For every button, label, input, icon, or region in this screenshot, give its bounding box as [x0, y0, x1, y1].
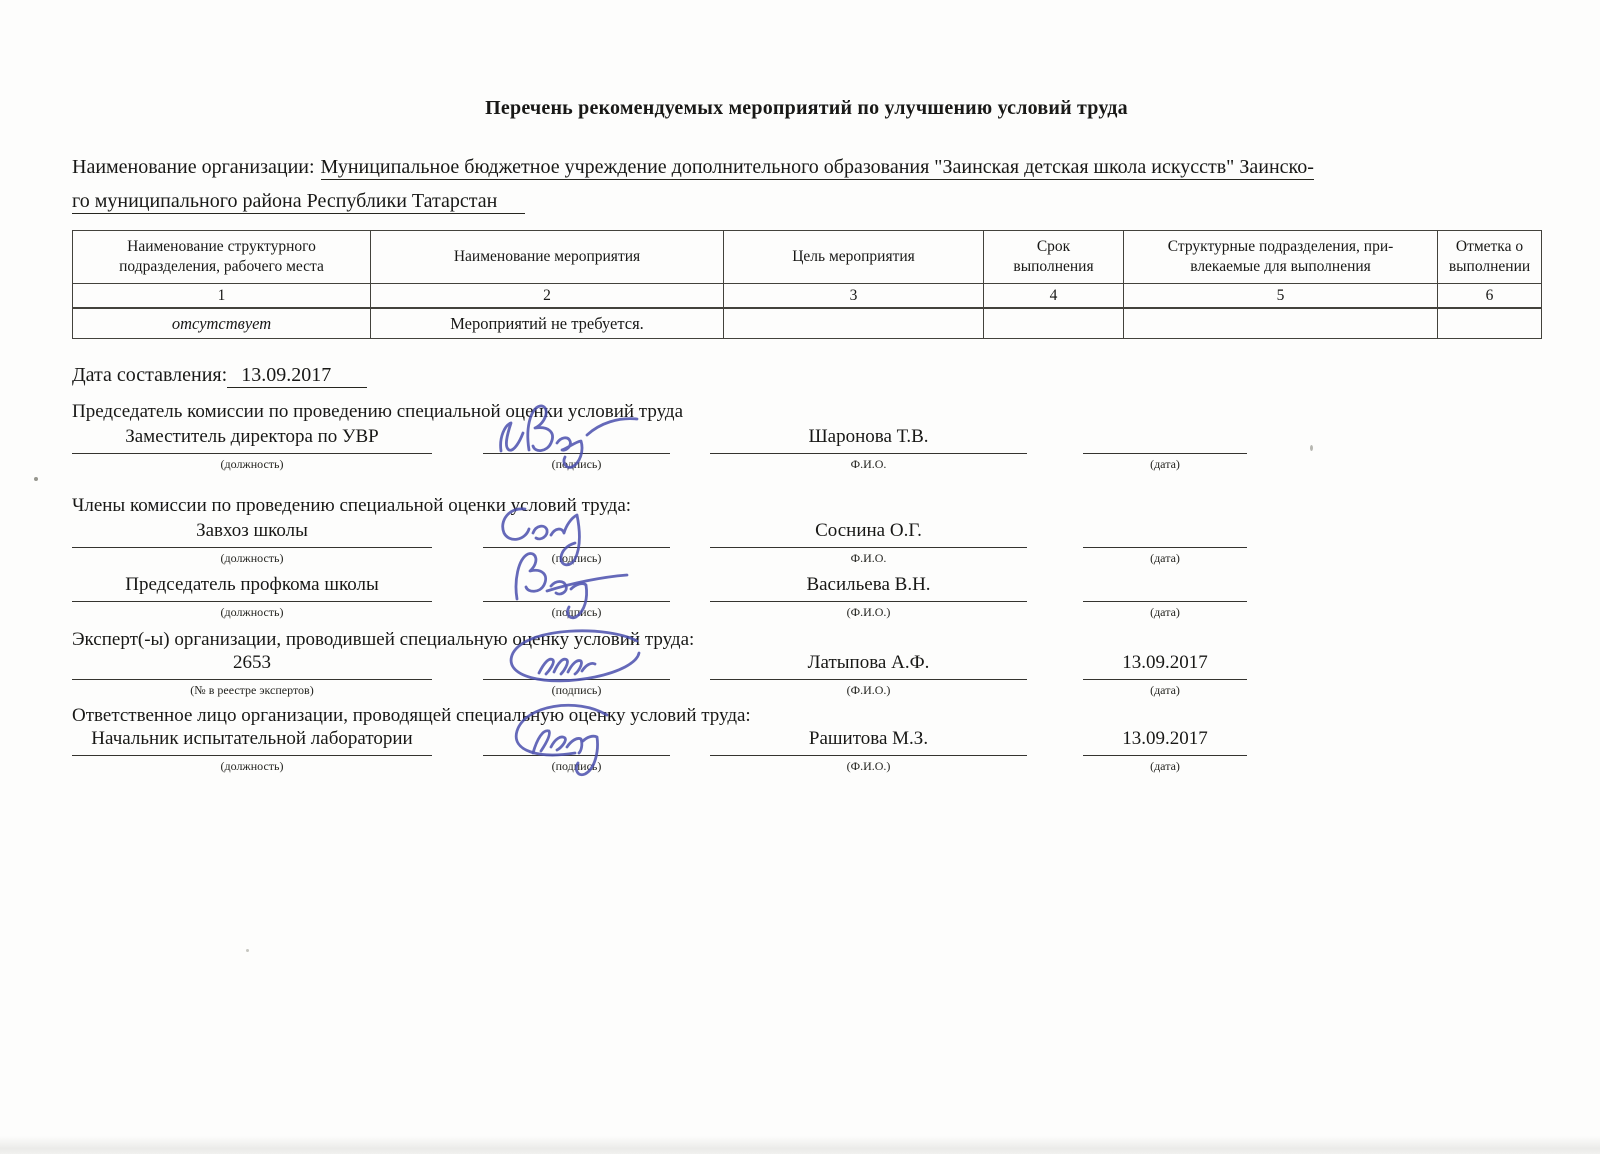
- date-caption: (дата): [1083, 454, 1247, 471]
- signature-line: [483, 727, 670, 756]
- header-deadline: Сроквыполнения: [984, 231, 1124, 284]
- role-caption: (№ в реестре экспертов): [72, 680, 432, 697]
- date-caption: (дата): [1083, 548, 1247, 565]
- signatory-role: Председатель профкома школы: [72, 573, 432, 602]
- column-number: 2: [371, 284, 724, 309]
- column-number: 5: [1124, 284, 1438, 309]
- signatory-name: Васильева В.Н.: [710, 573, 1027, 602]
- signature-line: [483, 573, 670, 602]
- header-involved-units: Структурные подразделения, при-влекаемые…: [1124, 231, 1438, 284]
- header-structural-unit: Наименование структурногоподразделения, …: [73, 231, 371, 284]
- scan-edge-shadow: [0, 1136, 1600, 1154]
- column-number: 1: [73, 284, 371, 309]
- cell-structural-unit: отсутствует: [73, 308, 371, 339]
- name-caption: (Ф.И.О.): [710, 602, 1027, 619]
- column-number: 6: [1438, 284, 1542, 309]
- cell-completion-mark: [1438, 308, 1542, 339]
- organization-label: Наименование организации:: [72, 156, 321, 178]
- cell-deadline: [984, 308, 1124, 339]
- column-number: 3: [724, 284, 984, 309]
- compilation-date-value: 13.09.2017: [227, 364, 367, 388]
- sign-caption: (подпись): [483, 602, 670, 619]
- cell-measure-name: Мероприятий не требуется.: [371, 308, 724, 339]
- name-caption: Ф.И.О.: [710, 454, 1027, 471]
- role-caption: (должность): [72, 756, 432, 773]
- cell-measure-goal: [724, 308, 984, 339]
- sign-caption: (подпись): [483, 756, 670, 773]
- section-chairman-heading: Председатель комиссии по проведению спец…: [72, 401, 1541, 423]
- signature-line: [483, 425, 670, 454]
- signatory-role: Начальник испытательной лаборатории: [72, 727, 432, 756]
- role-caption: (должность): [72, 454, 432, 471]
- role-caption: (должность): [72, 602, 432, 619]
- name-caption: Ф.И.О.: [710, 548, 1027, 565]
- header-completion-mark: Отметка овыполнении: [1438, 231, 1542, 284]
- compilation-date-line: Дата составления:13.09.2017: [72, 364, 1541, 387]
- scanned-document-page: Перечень рекомендуемых мероприятий по ул…: [0, 0, 1600, 1154]
- document-content: Перечень рекомендуемых мероприятий по ул…: [72, 0, 1541, 773]
- signature-row-expert: 2653(№ в реестре экспертов) (подпись) Ла…: [72, 651, 1541, 697]
- role-caption: (должность): [72, 548, 432, 565]
- organization-block: Наименование организации:Муниципальное б…: [72, 150, 1541, 218]
- table-header-row: Наименование структурногоподразделения, …: [73, 231, 1542, 284]
- signature-date: 13.09.2017: [1083, 651, 1247, 680]
- signature-line: [483, 651, 670, 680]
- expert-registry-number: 2653: [72, 651, 432, 680]
- date-caption: (дата): [1083, 680, 1247, 697]
- signatory-name: Латыпова А.Ф.: [710, 651, 1027, 680]
- signature-row-member-2: Председатель профкома школы(должность) (…: [72, 573, 1541, 619]
- scan-speck: [246, 949, 249, 952]
- table-row: отсутствует Мероприятий не требуется.: [73, 308, 1542, 339]
- signature-date: 13.09.2017: [1083, 727, 1247, 756]
- column-number: 4: [984, 284, 1124, 309]
- signature-date: [1083, 519, 1247, 548]
- organization-line-2: го муниципального района Республики Тата…: [72, 184, 1541, 218]
- header-measure-goal: Цель мероприятия: [724, 231, 984, 284]
- name-caption: (Ф.И.О.): [710, 756, 1027, 773]
- cell-involved-units: [1124, 308, 1438, 339]
- signature-line: [483, 519, 670, 548]
- scan-speck: [1310, 445, 1313, 451]
- sign-caption: (подпись): [483, 680, 670, 697]
- document-title: Перечень рекомендуемых мероприятий по ул…: [72, 97, 1541, 120]
- signature-row-chairman: Заместитель директора по УВР(должность) …: [72, 425, 1541, 471]
- section-experts-heading: Эксперт(-ы) организации, проводившей спе…: [72, 629, 1541, 651]
- header-measure-name: Наименование мероприятия: [371, 231, 724, 284]
- measures-table: Наименование структурногоподразделения, …: [72, 230, 1542, 339]
- organization-name-part-1: Муниципальное бюджетное учреждение допол…: [321, 156, 1314, 180]
- date-caption: (дата): [1083, 602, 1247, 619]
- sign-caption: (подпись): [483, 454, 670, 471]
- signatory-role: Заместитель директора по УВР: [72, 425, 432, 454]
- scan-speck: [34, 477, 38, 481]
- section-responsible-heading: Ответственное лицо организации, проводящ…: [72, 705, 1541, 727]
- signatory-role: Завхоз школы: [72, 519, 432, 548]
- organization-line-1: Наименование организации:Муниципальное б…: [72, 150, 1541, 184]
- name-caption: (Ф.И.О.): [710, 680, 1027, 697]
- column-number-row: 1 2 3 4 5 6: [73, 284, 1542, 309]
- signatory-name: Шаронова Т.В.: [710, 425, 1027, 454]
- signature-row-member-1: Завхоз школы(должность) (подпись) Соснин…: [72, 519, 1541, 565]
- section-members-heading: Члены комиссии по проведению специальной…: [72, 495, 1541, 517]
- signature-date: [1083, 425, 1247, 454]
- signature-date: [1083, 573, 1247, 602]
- signature-row-responsible: Начальник испытательной лаборатории(долж…: [72, 727, 1541, 773]
- sign-caption: (подпись): [483, 548, 670, 565]
- date-caption: (дата): [1083, 756, 1247, 773]
- organization-name-part-2: го муниципального района Республики Тата…: [72, 190, 525, 214]
- signatory-name: Рашитова М.З.: [710, 727, 1027, 756]
- compilation-date-label: Дата составления:: [72, 364, 227, 386]
- signatory-name: Соснина О.Г.: [710, 519, 1027, 548]
